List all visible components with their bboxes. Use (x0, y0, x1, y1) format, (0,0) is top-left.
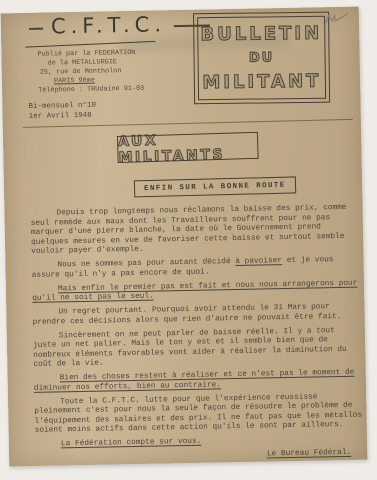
paragraph: Un regret pourtant. Pourquoi avoir atten… (32, 303, 360, 328)
signature: Le Bureau Fédéral. (35, 449, 363, 465)
paragraph: Sincèrement on ne peut parler de baisse … (33, 326, 362, 370)
article-headline-box: ENFIN SUR LA BONNE ROUTE (134, 176, 296, 197)
org-title: C.F.T.C. (51, 12, 167, 38)
paragraph: Toute la C.F.T.C. lutte pour que l'expér… (34, 392, 363, 436)
paragraph-underlined: Bien des choses restent à réaliser et ce… (34, 369, 362, 394)
section-title: AUX MILITANTS (118, 129, 258, 165)
article-body: Depuis trop longtemps nous réclamons la … (30, 204, 363, 467)
paragraph-underlined: Mais enfin le premier pas est fait et no… (32, 279, 360, 304)
handwritten-check-mark-icon (324, 10, 354, 27)
bulletin-title-line: BULLETIN (200, 23, 322, 45)
bulletin-title-box: BULLETIN DU MILITANT (193, 12, 330, 105)
dash-rule-left (29, 28, 43, 30)
closing-line: La Fédération compte sur vous. (35, 435, 363, 451)
publisher-block: Publié par la FEDERATION de la METALLURG… (37, 49, 144, 96)
bulletin-title-line: MILITANT (202, 71, 321, 93)
underlined-phrase: à pavoiser (235, 257, 282, 266)
scan-background: C.F.T.C. Publié par la FEDERATION de la … (0, 0, 377, 480)
masthead: C.F.T.C. (29, 11, 211, 38)
issue-date: 1er Avril 1948 (29, 111, 97, 122)
bulletin-title-inner-frame: BULLETIN DU MILITANT (197, 16, 326, 101)
paragraph: Depuis trop longtemps nous réclamons la … (30, 204, 359, 258)
document-page: C.F.T.C. Publié par la FEDERATION de la … (1, 7, 368, 467)
article-headline: ENFIN SUR LA BONNE ROUTE (144, 181, 286, 192)
section-title-box: AUX MILITANTS (117, 132, 259, 163)
paragraph: Nous ne sommes pas pour autant décidé à … (31, 256, 359, 281)
issue-block: Bi-mensuel n°10 1er Avril 1948 (28, 101, 96, 122)
bulletin-title-line: DU (249, 50, 275, 65)
signature-text: Le Bureau Fédéral. (267, 449, 351, 459)
publisher-line: Téléphone : TRUdaine 91-03 (38, 85, 144, 96)
